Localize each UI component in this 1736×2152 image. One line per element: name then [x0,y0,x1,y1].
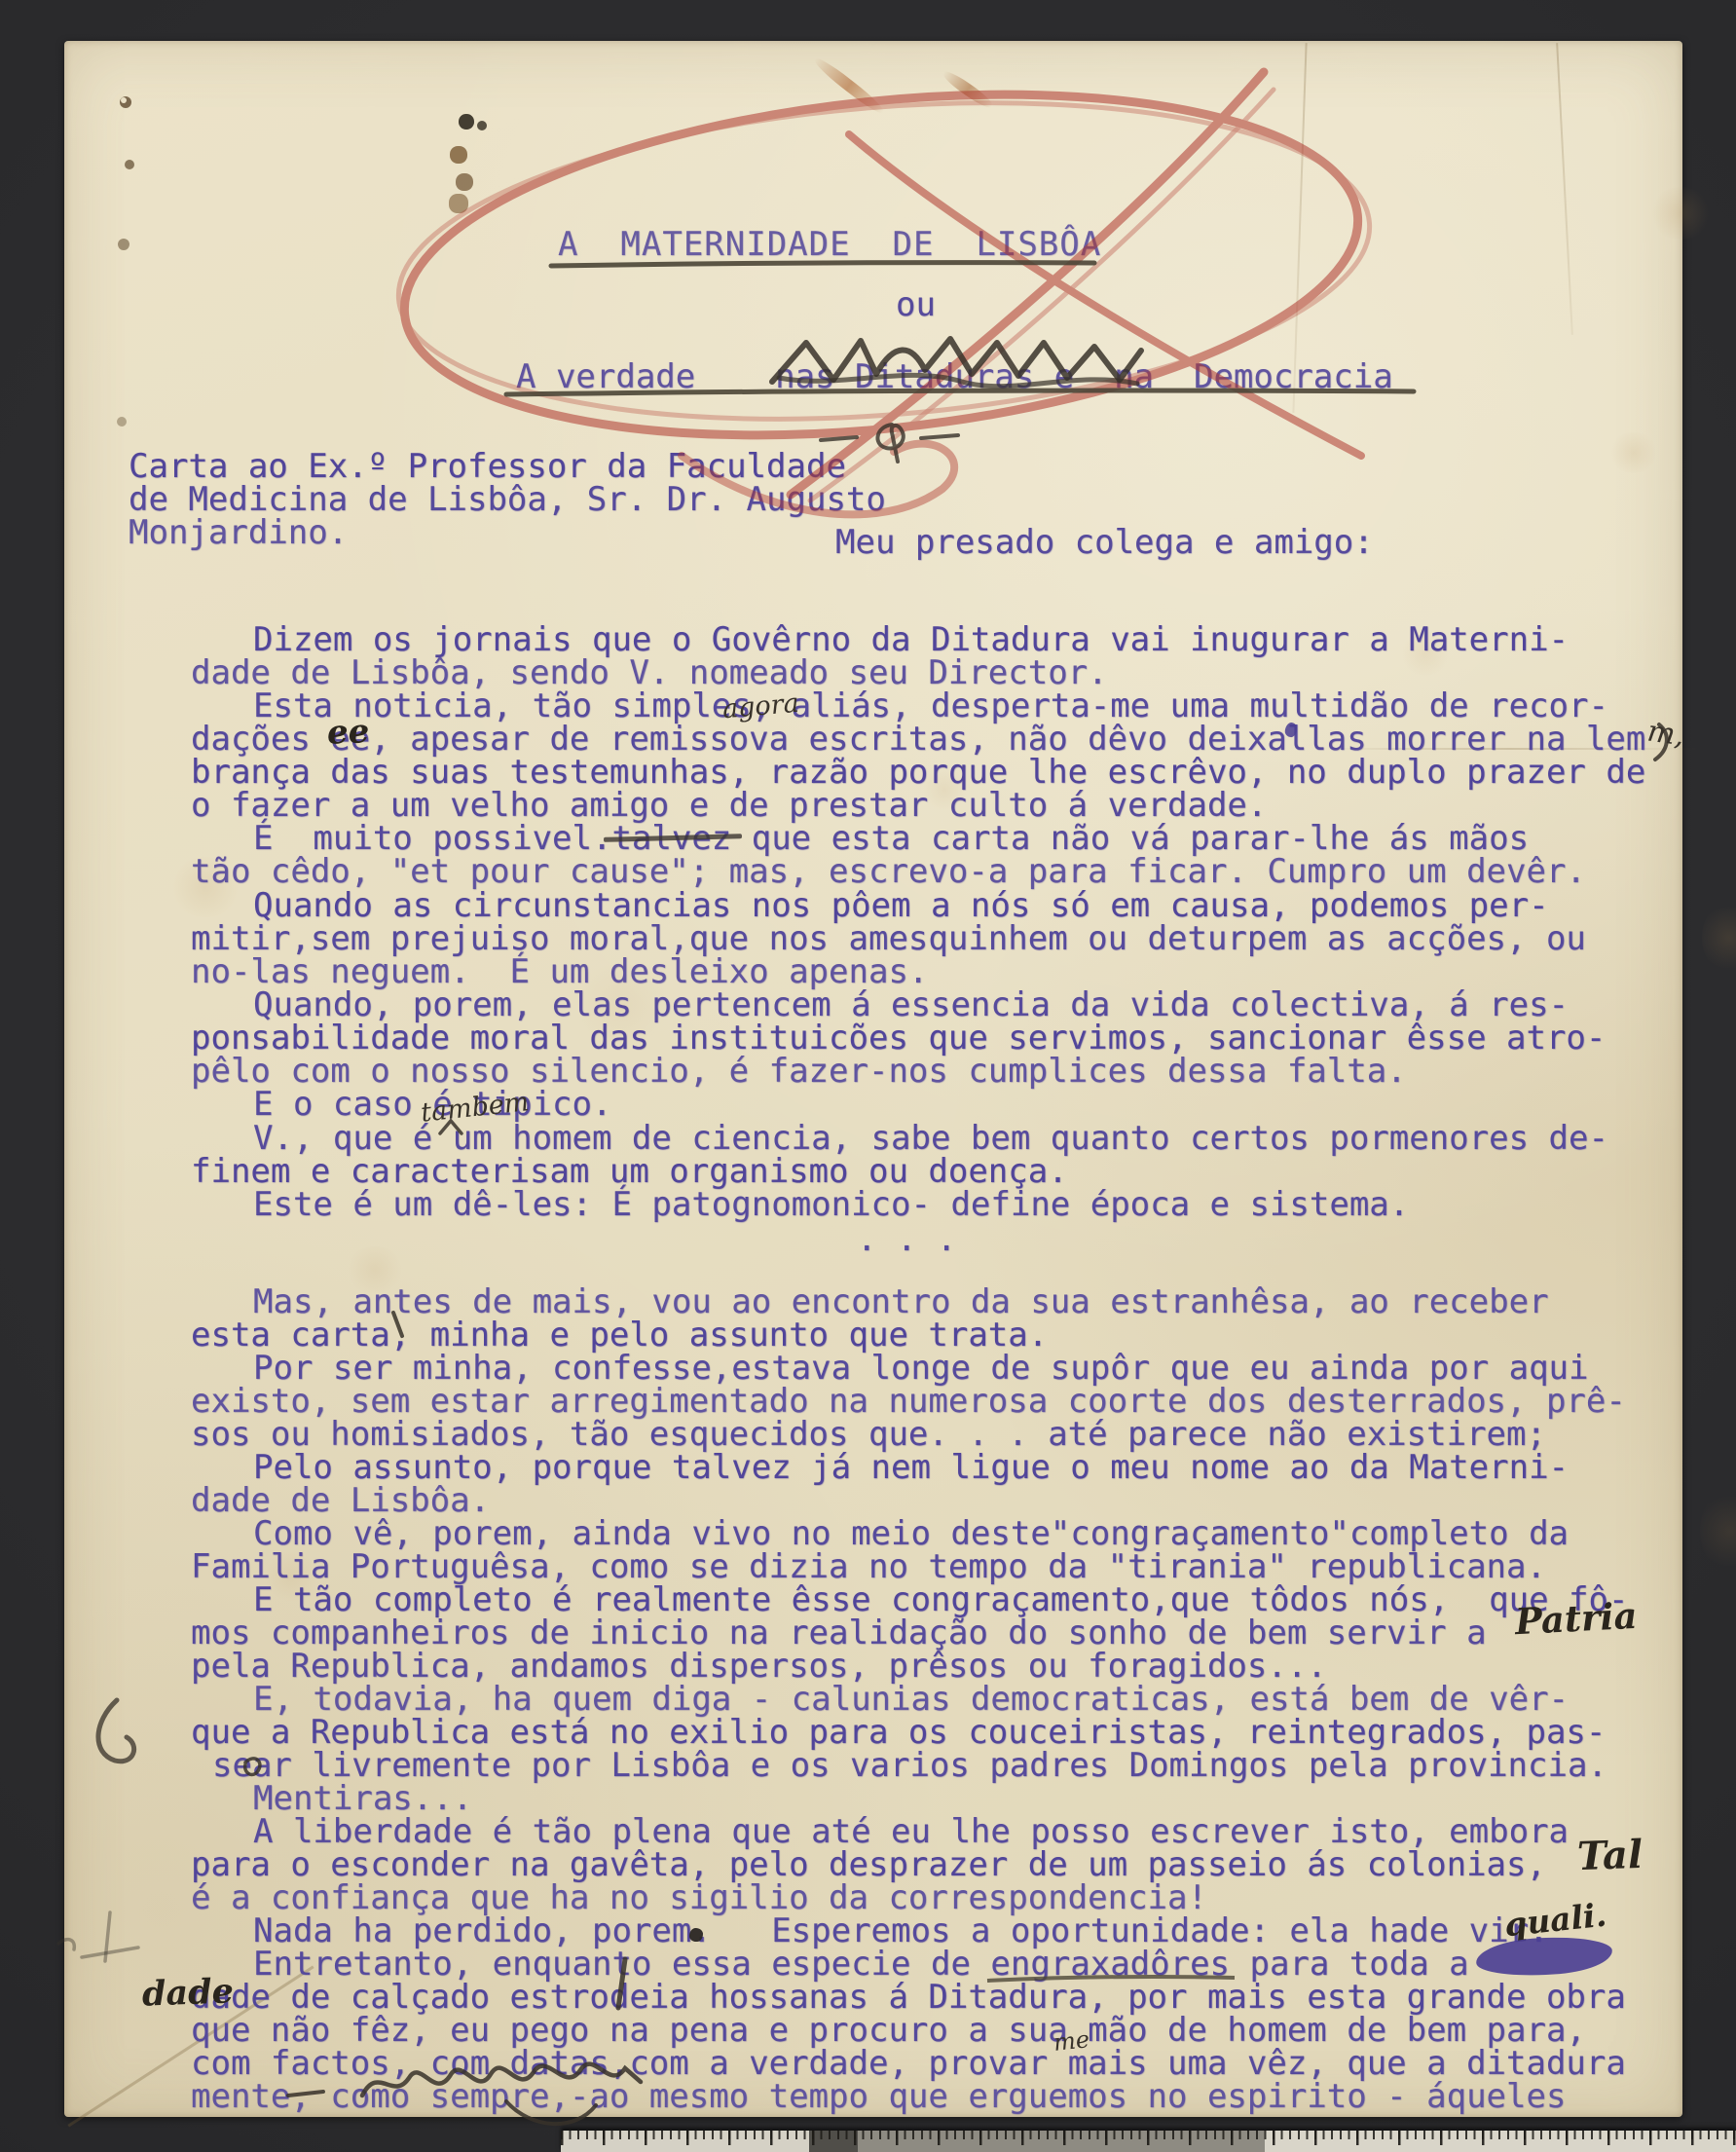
handwritten-annotation: Tal [1576,1832,1644,1879]
paper-stain [1702,902,1736,974]
paper-stain [1649,187,1712,240]
paper-stain [941,68,995,111]
title-connector: ou [896,288,936,323]
paper-stain [812,55,887,117]
handwritten-annotation: Patria [1514,1594,1639,1644]
typed-line: Este é um dê-les: É patognomonico- defin… [253,1188,1409,1223]
section-separator: . . . [857,1223,956,1258]
handwritten-annotation: ee [326,712,370,752]
ruler-major-ticks [561,2131,1736,2145]
addressee-line: Monjardino. [129,516,348,551]
paper-crease [1556,43,1573,335]
title: A MATERNIDADE DE LISBÔA [558,228,1101,263]
handwritten-annotation: dade [141,1971,234,2014]
salutation: Meu presado colega e amigo: [835,526,1374,561]
paper-stain [121,97,127,103]
paper-stain [1608,432,1659,473]
paper-stain [1700,1490,1736,1572]
photo-scale-ruler [561,2131,1736,2152]
subtitle: A verdade nas Ditaduras e na Democracia [516,360,1393,395]
handwritten-annotation: m, [1645,715,1686,754]
typed-line: mente, como sempre,-ao mesmo tempo que e… [191,2080,1566,2115]
typed-line: tão cêdo, "et pour cause"; mas, escrevo-… [191,855,1586,890]
handwritten-annotation: me [1053,2025,1091,2057]
